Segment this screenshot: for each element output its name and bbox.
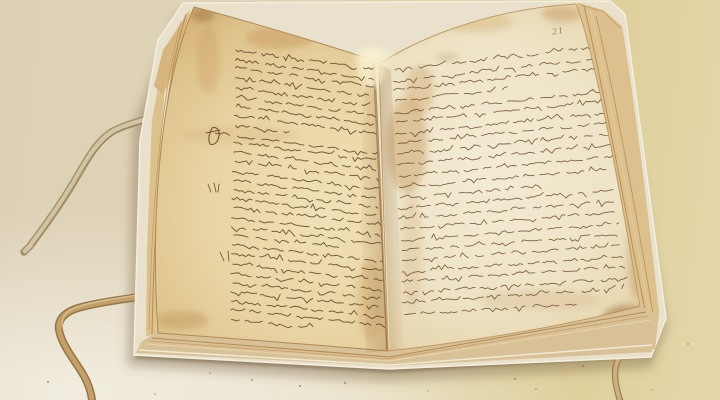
left-page — [155, 7, 387, 351]
manuscript-photo: 21 — [0, 0, 720, 400]
manuscript-photo-stage: 21 — [0, 0, 720, 400]
